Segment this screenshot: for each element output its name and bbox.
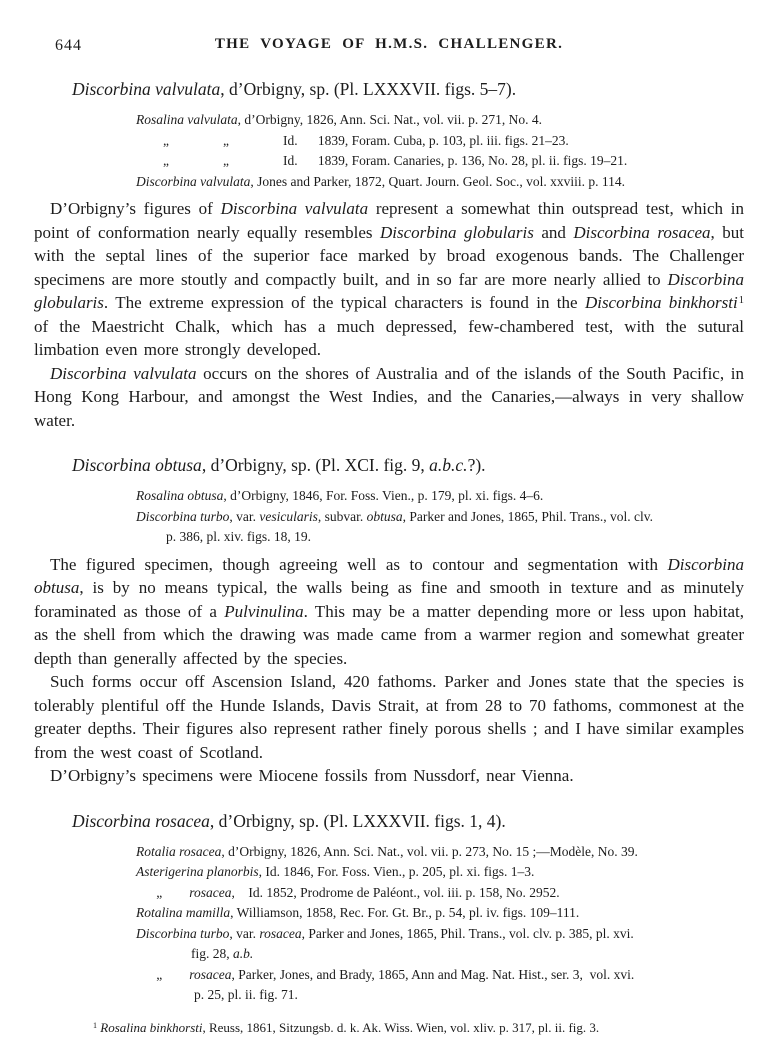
synonymy-entry: Rosalina valvulata, d’Orbigny, 1826, Ann… — [136, 110, 744, 131]
synonymy-entry: „ rosacea, Id. 1852, Prodrome de Paléont… — [136, 883, 744, 904]
paragraph: The figured specimen, though agreeing we… — [34, 553, 744, 671]
synonymy-entry: p. 386, pl. xiv. figs. 18, 19. — [136, 527, 744, 548]
synonymy-entry: „ „ Id. 1839, Foram. Canaries, p. 136, N… — [136, 151, 744, 172]
paragraph: D’Orbigny’s figures of Discorbina valvul… — [34, 197, 744, 362]
synonymy-entry: p. 25, pl. ii. fig. 71. — [136, 985, 744, 1006]
paragraph: Discorbina valvulata occurs on the shore… — [34, 362, 744, 433]
synonymy-entry: „ „ Id. 1839, Foram. Cuba, p. 103, pl. i… — [136, 131, 744, 152]
synonymy-entry: Discorbina turbo, var. vesicularis, subv… — [136, 507, 744, 528]
page-content: Discorbina valvulata, d’Orbigny, sp. (Pl… — [34, 78, 744, 1006]
page-header: 644 THE VOYAGE OF H.M.S. CHALLENGER. — [34, 36, 744, 56]
species-heading: Discorbina rosacea, d’Orbigny, sp. (Pl. … — [72, 810, 744, 833]
synonymy-entry: Asterigerina planorbis, Id. 1846, For. F… — [136, 862, 744, 883]
paragraph: D’Orbigny’s specimens were Miocene fossi… — [34, 764, 744, 788]
synonymy-entry: fig. 28, a.b. — [136, 944, 744, 965]
species-heading: Discorbina valvulata, d’Orbigny, sp. (Pl… — [72, 78, 744, 101]
species-heading: Discorbina obtusa, d’Orbigny, sp. (Pl. X… — [72, 454, 744, 477]
paragraph: Such forms occur off Ascension Island, 4… — [34, 670, 744, 764]
synonymy-list: Rosalina valvulata, d’Orbigny, 1826, Ann… — [136, 110, 744, 192]
synonymy-entry: Rotalina mamilla, Williamson, 1858, Rec.… — [136, 903, 744, 924]
synonymy-entry: „ rosacea, Parker, Jones, and Brady, 186… — [136, 965, 744, 986]
synonymy-list: Rosalina obtusa, d’Orbigny, 1846, For. F… — [136, 486, 744, 548]
synonymy-entry: Discorbina valvulata, Jones and Parker, … — [136, 172, 744, 193]
species-section: Discorbina rosacea, d’Orbigny, sp. (Pl. … — [34, 810, 744, 1006]
footnote: 1 Rosalina binkhorsti, Reuss, 1861, Sitz… — [34, 1019, 744, 1037]
book-page: 644 THE VOYAGE OF H.M.S. CHALLENGER. Dis… — [0, 0, 776, 1050]
synonymy-entry: Rosalina obtusa, d’Orbigny, 1846, For. F… — [136, 486, 744, 507]
species-section: Discorbina valvulata, d’Orbigny, sp. (Pl… — [34, 78, 744, 432]
synonymy-list: Rotalia rosacea, d’Orbigny, 1826, Ann. S… — [136, 842, 744, 1006]
running-title: THE VOYAGE OF H.M.S. CHALLENGER. — [34, 36, 744, 53]
species-section: Discorbina obtusa, d’Orbigny, sp. (Pl. X… — [34, 454, 744, 788]
synonymy-entry: Discorbina turbo, var. rosacea, Parker a… — [136, 924, 744, 945]
synonymy-entry: Rotalia rosacea, d’Orbigny, 1826, Ann. S… — [136, 842, 744, 863]
